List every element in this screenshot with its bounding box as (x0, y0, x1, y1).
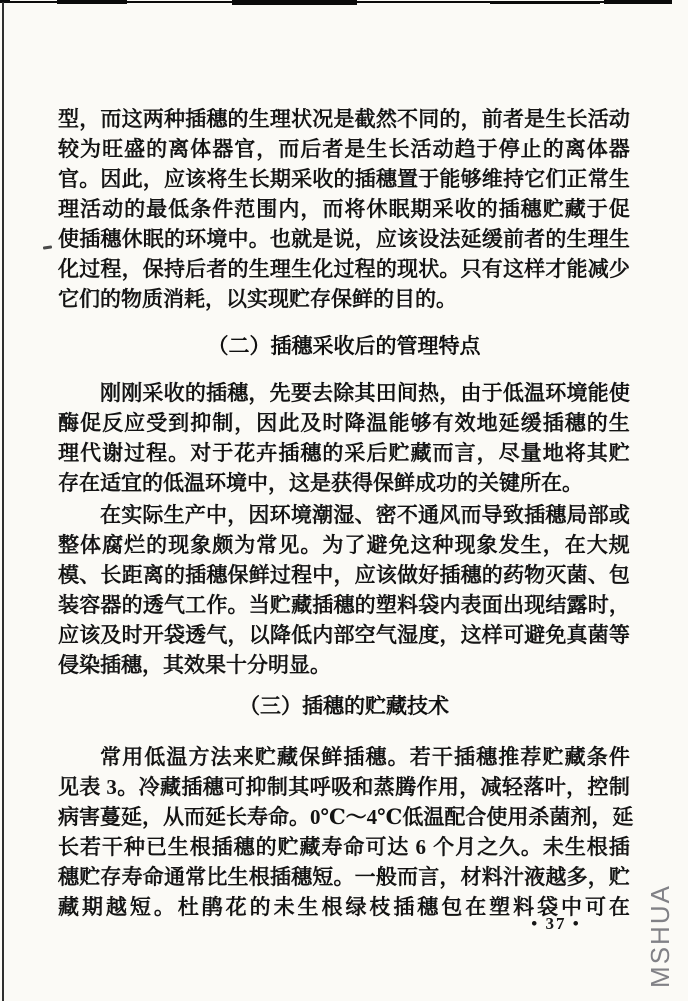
text-line: 穗贮存寿命通常比生根插穗短。一般而言，材料汁液越多，贮 (58, 862, 630, 892)
section-heading-management: （二）插穗采收后的管理特点 (58, 332, 630, 362)
text-line: 较为旺盛的离体器官，而后者是生长活动趋于停止的离体器 (58, 134, 630, 164)
scan-blotch (57, 0, 127, 4)
text-line: 在实际生产中，因环境潮湿、密不通风而导致插穗局部或 (58, 500, 630, 530)
watermark: MSHUA (645, 871, 675, 1001)
text-line: 理活动的最低条件范围内，而将休眠期采收的插穗贮藏于促 (58, 194, 630, 224)
text-line: 化过程，保持后者的生理生化过程的现状。只有这样才能减少 (58, 254, 630, 284)
text-line: 见表 3。冷藏插穗可抑制其呼吸和蒸腾作用，减轻落叶，控制 (58, 772, 630, 802)
text-line: 型，而这两种插穗的生理状况是截然不同的，前者是生长活动 (58, 104, 630, 134)
text-line: 侵染插穗，其效果十分明显。 (58, 650, 630, 680)
scan-blotch (14, 1, 54, 3)
text-line: 病害蔓延，从而延长寿命。0℃～4℃低温配合使用杀菌剂，延 (58, 802, 630, 832)
scan-blotch (232, 0, 357, 5)
scan-blotch (490, 1, 600, 4)
text-line: 常用低温方法来贮藏保鲜插穗。若干插穗推荐贮藏条件 (58, 742, 630, 772)
paragraph-3: 在实际生产中，因环境潮湿、密不通风而导致插穗局部或 整体腐烂的现象颇为常见。为了… (58, 500, 630, 680)
text-line: 它们的物质消耗，以实现贮存保鲜的目的。 (58, 284, 630, 314)
scan-blotch (366, 1, 486, 3)
text-line: 使插穗休眠的环境中。也就是说，应该设法延缓前者的生理生 (58, 224, 630, 254)
text-line: 装容器的透气工作。当贮藏插穗的塑料袋内表面出现结露时， (58, 590, 630, 620)
scan-speck (43, 245, 52, 249)
text-line: 理代谢过程。对于花卉插穗的采后贮藏而言，尽量地将其贮 (58, 438, 630, 468)
paragraph-1: 型，而这两种插穗的生理状况是截然不同的，前者是生长活动 较为旺盛的离体器官，而后… (58, 104, 630, 314)
text-line: 长若干种已生根插穗的贮藏寿命可达 6 个月之久。未生根插 (58, 832, 630, 862)
scan-artifact-left-edge (2, 2, 4, 1001)
scan-blotch (604, 0, 672, 4)
page-content: 型，而这两种插穗的生理状况是截然不同的，前者是生长活动 较为旺盛的离体器官，而后… (58, 104, 630, 922)
text-line: 应该及时开袋透气，以降低内部空气湿度，这样可避免真菌等 (58, 620, 630, 650)
text-line: 模、长距离的插穗保鲜过程中，应该做好插穗的药物灭菌、包 (58, 560, 630, 590)
scanned-book-page: 型，而这两种插穗的生理状况是截然不同的，前者是生长活动 较为旺盛的离体器官，而后… (0, 0, 688, 1001)
text-line: 整体腐烂的现象颇为常见。为了避免这种现象发生，在大规 (58, 530, 630, 560)
page-number: • 37 • (524, 914, 588, 934)
section-heading-storage: （三）插穗的贮藏技术 (58, 692, 630, 722)
text-line: 酶促反应受到抑制，因此及时降温能够有效地延缓插穗的生 (58, 408, 630, 438)
text-line: 官。因此，应该将生长期采收的插穗置于能够维持它们正常生 (58, 164, 630, 194)
paragraph-2: 刚刚采收的插穗，先要去除其田间热，由于低温环境能使 酶促反应受到抑制，因此及时降… (58, 378, 630, 498)
text-line: 存在适宜的低温环境中，这是获得保鲜成功的关键所在。 (58, 468, 630, 498)
paragraph-4: 常用低温方法来贮藏保鲜插穗。若干插穗推荐贮藏条件 见表 3。冷藏插穗可抑制其呼吸… (58, 742, 630, 922)
text-line: 刚刚采收的插穗，先要去除其田间热，由于低温环境能使 (58, 378, 630, 408)
